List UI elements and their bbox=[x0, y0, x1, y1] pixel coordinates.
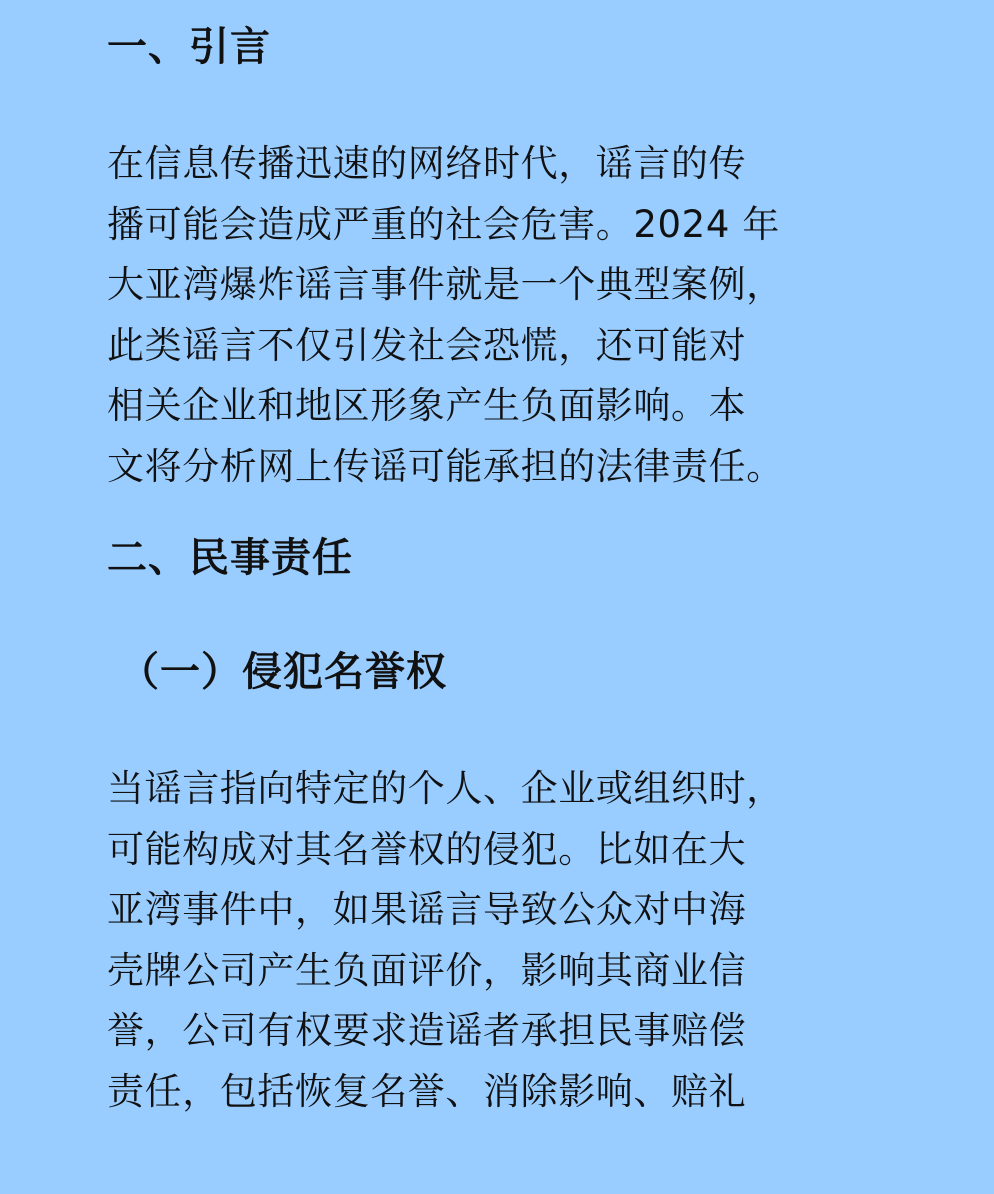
paragraph-line: 播可能会造成严重的社会危害。2024 年 bbox=[107, 195, 867, 256]
paragraph-line: 文将分析网上传谣可能承担的法律责任。 bbox=[107, 437, 867, 498]
paragraph-line: 大亚湾爆炸谣言事件就是一个典型案例， bbox=[107, 255, 867, 316]
paragraph-line: 誉，公司有权要求造谣者承担民事赔偿 bbox=[107, 1001, 867, 1062]
paragraph-line: 在信息传播迅速的网络时代，谣言的传 bbox=[107, 134, 867, 195]
paragraph-line: 此类谣言不仅引发社会恐慌，还可能对 bbox=[107, 316, 867, 377]
subsection-heading-reputation-infringement: （一）侵犯名誉权 bbox=[119, 647, 447, 697]
paragraph-line: 责任，包括恢复名誉、消除影响、赔礼 bbox=[107, 1062, 867, 1123]
paragraph-line: 壳牌公司产生负面评价，影响其商业信 bbox=[107, 941, 867, 1002]
section-heading-civil-liability: 二、民事责任 bbox=[107, 533, 353, 583]
reputation-paragraph: 当谣言指向特定的个人、企业或组织时， 可能构成对其名誉权的侵犯。比如在大 亚湾事… bbox=[107, 759, 867, 1122]
paragraph-line: 可能构成对其名誉权的侵犯。比如在大 bbox=[107, 820, 867, 881]
paragraph-line: 亚湾事件中，如果谣言导致公众对中海 bbox=[107, 880, 867, 941]
paragraph-line: 相关企业和地区形象产生负面影响。本 bbox=[107, 376, 867, 437]
introduction-paragraph: 在信息传播迅速的网络时代，谣言的传 播可能会造成严重的社会危害。2024 年 大… bbox=[107, 134, 867, 497]
section-heading-introduction: 一、引言 bbox=[107, 22, 271, 72]
paragraph-line: 当谣言指向特定的个人、企业或组织时， bbox=[107, 759, 867, 820]
